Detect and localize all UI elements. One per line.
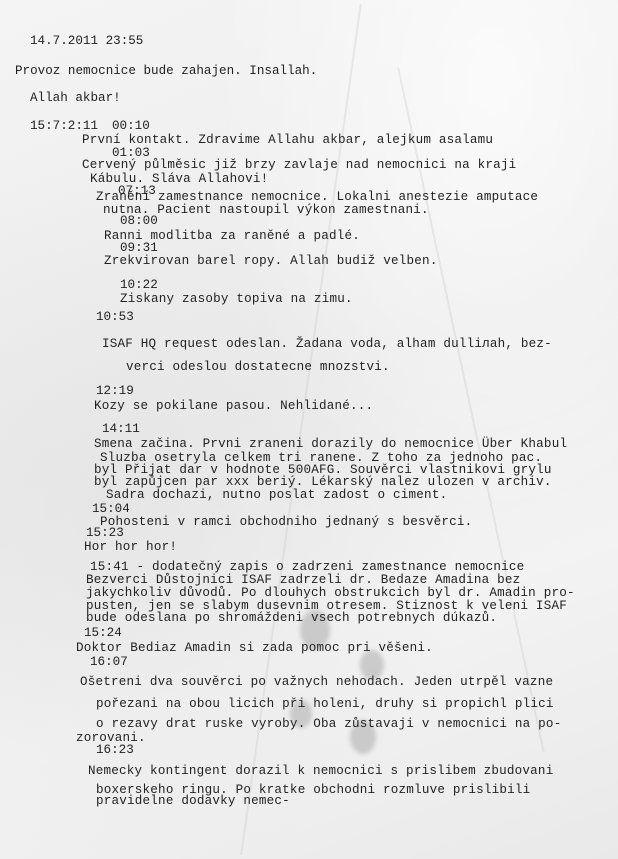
entry-time: 16:23 (96, 743, 134, 757)
log-date: 15:7:2:11 (30, 119, 98, 133)
entry-line: První kontakt. Zdravime Allahu akbar, al… (82, 133, 493, 147)
entry-line: verci odeslou dostatecne mnozstvi. (126, 360, 390, 374)
entry-line: Hor hor hor! (84, 540, 177, 554)
exclamation: Allah akbar! (30, 91, 121, 105)
entry-line: Ošetreni dva souvěrci po važnych nehodac… (80, 675, 553, 689)
entry-line: pravidelne dodavky nemec- (96, 794, 290, 808)
header-date: 14.7.2011 23:55 (30, 34, 143, 48)
entry-time: 12:19 (96, 384, 134, 398)
entry-time: 08:00 (120, 214, 158, 228)
entry-time: 15:04 (92, 502, 130, 516)
entry-line: bude odeslana po shromáždeni vsech potre… (86, 611, 497, 625)
entry-time: 15:24 (84, 626, 122, 640)
entry-line: Zrekvirovan barel ropy. Allah budiž velb… (104, 254, 438, 268)
entry-time: 15:23 (86, 526, 124, 540)
opening-line: Provoz nemocnice bude zahajen. Insallah. (15, 64, 317, 78)
entry-time: 10:22 (120, 278, 158, 292)
typewritten-page: 14.7.2011 23:55 Provoz nemocnice bude za… (0, 0, 618, 859)
entry-line: Bezverci Důstojnici ISAF zadrzeli dr. Be… (86, 573, 520, 587)
entry-line: Nemecky kontingent dorazil k nemocnici s… (88, 764, 553, 778)
entry-line: pořezani na obou licich při holeni, druh… (96, 697, 554, 711)
entry-line: Smena začina. Prvni zraneni dorazily do … (94, 437, 567, 451)
entry-line: Ziskany zasoby topiva na zimu. (120, 292, 353, 306)
entry-time: 16:07 (90, 655, 128, 669)
entry-line: Kozy se pokilane pasou. Nehlidané... (94, 399, 373, 413)
entry-line: Doktor Bediaz Amadin si zada pomoc pri v… (76, 641, 433, 655)
entry-line: jakychkoliv důvodů. Po dlouhych obstrukc… (86, 586, 575, 600)
entry-line: o rezavy drat ruske vyroby. Oba zůstavaj… (96, 717, 561, 731)
entry-line: Kábulu. Sláva Allahovi! (90, 172, 268, 186)
entry-line: Cervený půlměsic již brzy zavlaje nad ne… (82, 158, 516, 172)
entry-line: Pohosteni v ramci obchodniho jednaný s b… (100, 515, 472, 529)
entry-line: Zranění zamestnance nemocnice. Lokalni a… (96, 190, 538, 204)
entry-time: 09:31 (120, 241, 158, 255)
entry-line: 15:41 - dodatečný zapis o zadrzeni zames… (90, 560, 524, 574)
entry-line: ISAF HQ request odeslan. Žadana voda, al… (102, 337, 552, 351)
entry-time: 00:10 (112, 119, 150, 133)
entry-line: byl zapůjcen par xxx beriý. Lékarský nal… (94, 475, 552, 489)
entry-line: Sadra dochazi, nutno poslat zadost o cim… (106, 488, 447, 502)
entry-time: 14:11 (102, 422, 140, 436)
entry-time: 10:53 (96, 310, 134, 324)
